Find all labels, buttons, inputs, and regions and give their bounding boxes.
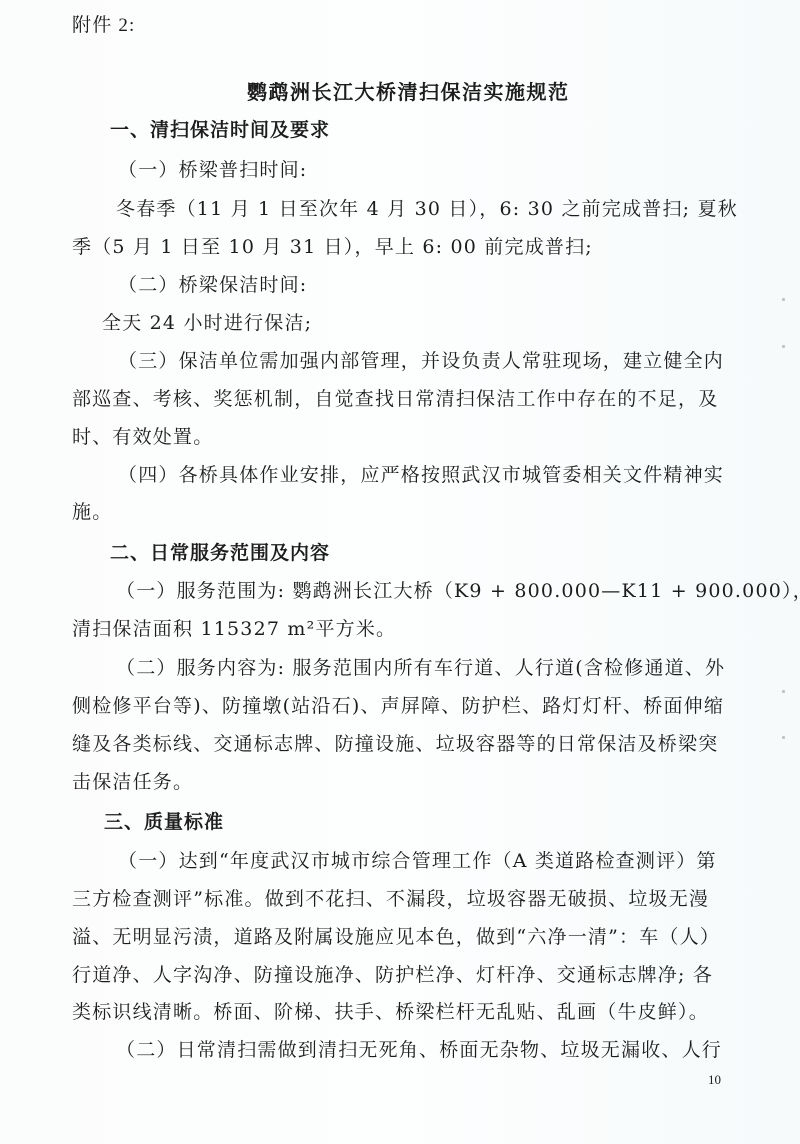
annex-label: 附件 2: <box>72 14 136 38</box>
paragraph-line: （二）桥梁保洁时间: <box>118 273 307 297</box>
paragraph-line: 侧检修平台等)、防撞墩(站沿石)、声屏障、防护栏、路灯灯杆、桥面伸缩 <box>72 694 724 718</box>
paragraph-line: （二）服务内容为: 服务范围内所有车行道、人行道(含检修通道、外 <box>116 656 725 680</box>
paragraph-line: 时、有效处置。 <box>72 425 213 449</box>
paragraph-line: （四）各桥具体作业安排，应严格按照武汉市城管委相关文件精神实 <box>118 463 724 487</box>
paragraph-line: 施。 <box>72 500 112 524</box>
paragraph-line: 溢、无明显污渍，道路及附属设施应见本色，做到“六净一清”：车（人） <box>72 925 720 949</box>
document-title: 鹦鹉洲长江大桥清扫保洁实施规范 <box>247 80 570 104</box>
scan-speck <box>782 345 785 348</box>
paragraph-line: 缝及各类标线、交通标志牌、防撞设施、垃圾容器等的日常保洁及桥梁突 <box>72 732 718 756</box>
paragraph-line: （一）服务范围为: 鹦鹉洲长江大桥（K9 + 800.000—K11 + 900… <box>116 579 800 603</box>
paragraph-line: 全天 24 小时进行保洁; <box>102 311 312 335</box>
paragraph-line: 击保洁任务。 <box>72 770 193 794</box>
paragraph-line: （一）桥梁普扫时间: <box>118 158 307 182</box>
scan-speck <box>782 690 785 693</box>
paragraph-line: 类标识线清晰。桥面、阶梯、扶手、桥梁栏杆无乱贴、乱画（牛皮鲜）。 <box>72 1000 709 1024</box>
paragraph-line: 部巡查、考核、奖惩机制，自觉查找日常清扫保洁工作中存在的不足，及 <box>72 387 718 411</box>
paragraph-line: （一）达到“年度武汉市城市综合管理工作（A 类道路检查测评）第 <box>118 849 717 873</box>
scan-speck <box>782 736 785 739</box>
paragraph-line: （三）保洁单位需加强内部管理，并设负责人常驻现场，建立健全内 <box>118 349 724 373</box>
paragraph-line: 清扫保洁面积 115327 m²平方米。 <box>72 617 396 641</box>
paragraph-line: 三方检查测评”标准。做到不花扫、不漏段，垃圾容器无破损、垃圾无漫 <box>72 887 709 911</box>
paragraph-line: 季（5 月 1 日至 10 月 31 日），早上 6: 00 前完成普扫; <box>72 235 593 259</box>
section-heading-2: 二、日常服务范围及内容 <box>110 541 330 565</box>
scan-speck <box>782 298 785 301</box>
page-number: 10 <box>708 1072 721 1088</box>
section-heading-1: 一、清扫保洁时间及要求 <box>110 118 330 142</box>
paragraph-line: 行道净、人字沟净、防撞设施净、防护栏净、灯杆净、交通标志牌净; 各 <box>72 963 713 987</box>
paragraph-line: 冬春季（11 月 1 日至次年 4 月 30 日），6: 30 之前完成普扫; … <box>116 197 738 221</box>
paragraph-line: （二）日常清扫需做到清扫无死角、桥面无杂物、垃圾无漏收、人行 <box>116 1038 722 1062</box>
section-heading-3: 三、质量标准 <box>104 810 224 834</box>
document-page: 附件 2: 鹦鹉洲长江大桥清扫保洁实施规范 一、清扫保洁时间及要求 （一）桥梁普… <box>0 0 800 1144</box>
